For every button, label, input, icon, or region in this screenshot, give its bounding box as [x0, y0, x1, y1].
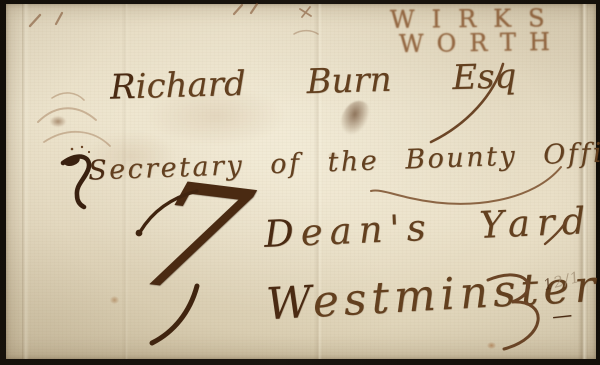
- scan-background: WIRKS WORTH Richard Burn Esq Secretary o…: [0, 0, 600, 365]
- postmark-line2: WORTH: [399, 28, 563, 58]
- rust-stain: [110, 296, 119, 304]
- rust-stain: [487, 342, 496, 349]
- flourish-dash: —: [551, 302, 573, 328]
- ink-blot: [337, 97, 373, 139]
- ink-smudge-spot: [50, 116, 66, 127]
- fold-crease-left: [22, 4, 29, 359]
